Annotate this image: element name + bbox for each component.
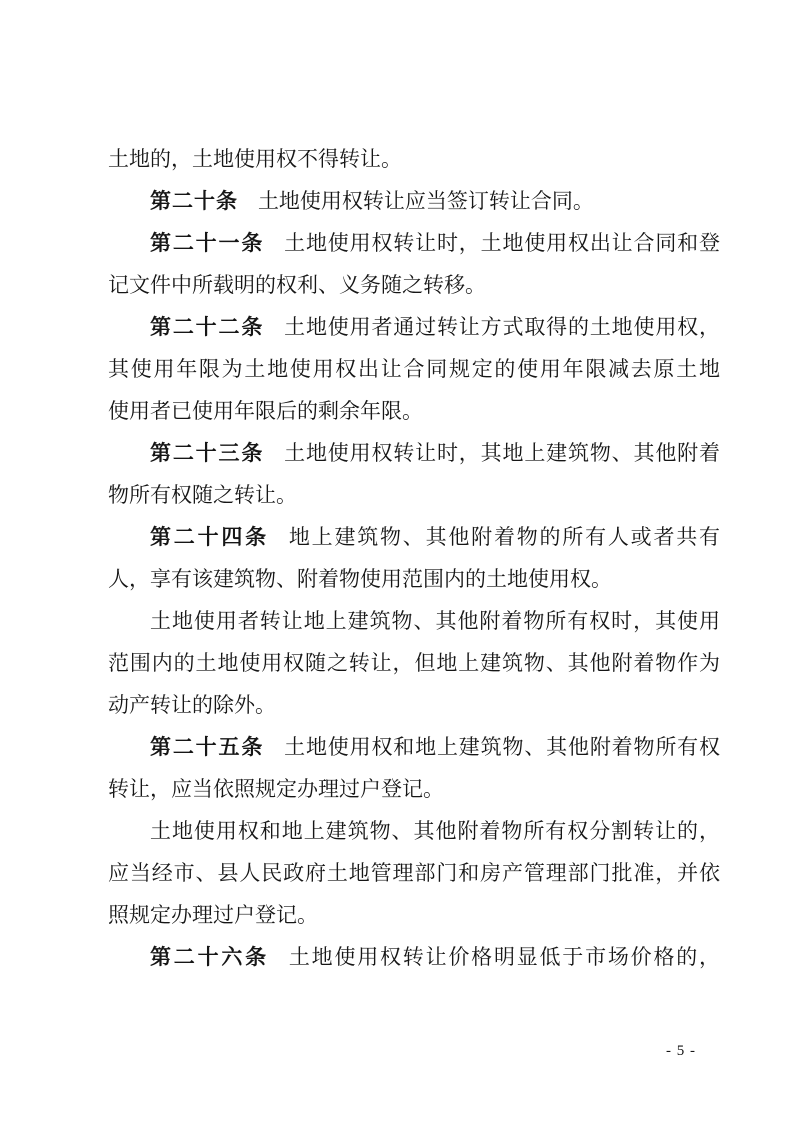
text-line: 使用者已使用年限后的剩余年限。	[108, 390, 720, 432]
article-line: 第二十条土地使用权转让应当签订转让合同。	[108, 180, 720, 222]
line-text: 其使用年限为土地使用权出让合同规定的使用年限减去原土地	[108, 357, 720, 381]
line-text: 土地的，土地使用权不得转让。	[108, 147, 402, 171]
line-text: 应当经市、县人民政府土地管理部门和房产管理部门批准，并依	[108, 861, 720, 885]
article-number: 第二十四条	[150, 526, 269, 549]
article-number: 第二十二条	[150, 316, 264, 339]
article-line: 第二十一条土地使用权转让时，土地使用权出让合同和登	[108, 222, 720, 264]
line-text: 土地使用权转让应当签订转让合同。	[258, 189, 594, 213]
line-text: 土地使用权和地上建筑物、其他附着物所有权分割转让的，	[150, 819, 720, 843]
line-text: 动产转让的除外。	[108, 693, 276, 717]
line-text: 照规定办理过户登记。	[108, 903, 318, 927]
line-text: 土地使用者通过转让方式取得的土地使用权，	[284, 315, 720, 339]
text-line: 土地的，土地使用权不得转让。	[108, 138, 720, 180]
page-number: - 5 -	[666, 1040, 696, 1062]
article-number: 第二十条	[150, 190, 238, 213]
article-number: 第二十六条	[150, 946, 269, 969]
text-line: 人，享有该建筑物、附着物使用范围内的土地使用权。	[108, 558, 720, 600]
text-line: 土地使用权和地上建筑物、其他附着物所有权分割转让的，	[108, 810, 720, 852]
article-line: 第二十三条土地使用权转让时，其地上建筑物、其他附着	[108, 432, 720, 474]
article-number: 第二十三条	[150, 442, 264, 465]
line-text: 土地使用者转让地上建筑物、其他附着物所有权时，其使用	[150, 609, 720, 633]
article-line: 第二十二条土地使用者通过转让方式取得的土地使用权，	[108, 306, 720, 348]
document-page: 土地的，土地使用权不得转让。 第二十条土地使用权转让应当签订转让合同。 第二十一…	[0, 0, 793, 1122]
document-body: 土地的，土地使用权不得转让。 第二十条土地使用权转让应当签订转让合同。 第二十一…	[108, 138, 720, 978]
text-line: 其使用年限为土地使用权出让合同规定的使用年限减去原土地	[108, 348, 720, 390]
article-line: 第二十四条地上建筑物、其他附着物的所有人或者共有	[108, 516, 720, 558]
line-text: 土地使用权转让时，其地上建筑物、其他附着	[284, 441, 720, 465]
text-line: 照规定办理过户登记。	[108, 894, 720, 936]
line-text: 物所有权随之转让。	[108, 483, 297, 507]
text-line: 物所有权随之转让。	[108, 474, 720, 516]
article-line: 第二十六条土地使用权转让价格明显低于市场价格的，	[108, 936, 720, 978]
line-text: 土地使用权和地上建筑物、其他附着物所有权	[284, 735, 720, 759]
text-line: 范围内的土地使用权随之转让，但地上建筑物、其他附着物作为	[108, 642, 720, 684]
line-text: 转让，应当依照规定办理过户登记。	[108, 777, 444, 801]
text-line: 记文件中所载明的权利、义务随之转移。	[108, 264, 720, 306]
text-line: 土地使用者转让地上建筑物、其他附着物所有权时，其使用	[108, 600, 720, 642]
article-number: 第二十一条	[150, 232, 264, 255]
text-line: 应当经市、县人民政府土地管理部门和房产管理部门批准，并依	[108, 852, 720, 894]
article-line: 第二十五条土地使用权和地上建筑物、其他附着物所有权	[108, 726, 720, 768]
line-text: 土地使用权转让价格明显低于市场价格的，	[289, 945, 720, 969]
line-text: 土地使用权转让时，土地使用权出让合同和登	[284, 231, 720, 255]
line-text: 地上建筑物、其他附着物的所有人或者共有	[289, 525, 720, 549]
line-text: 使用者已使用年限后的剩余年限。	[108, 399, 423, 423]
text-line: 转让，应当依照规定办理过户登记。	[108, 768, 720, 810]
text-line: 动产转让的除外。	[108, 684, 720, 726]
line-text: 记文件中所载明的权利、义务随之转移。	[108, 273, 486, 297]
line-text: 人，享有该建筑物、附着物使用范围内的土地使用权。	[108, 567, 612, 591]
line-text: 范围内的土地使用权随之转让，但地上建筑物、其他附着物作为	[108, 651, 720, 675]
article-number: 第二十五条	[150, 736, 264, 759]
